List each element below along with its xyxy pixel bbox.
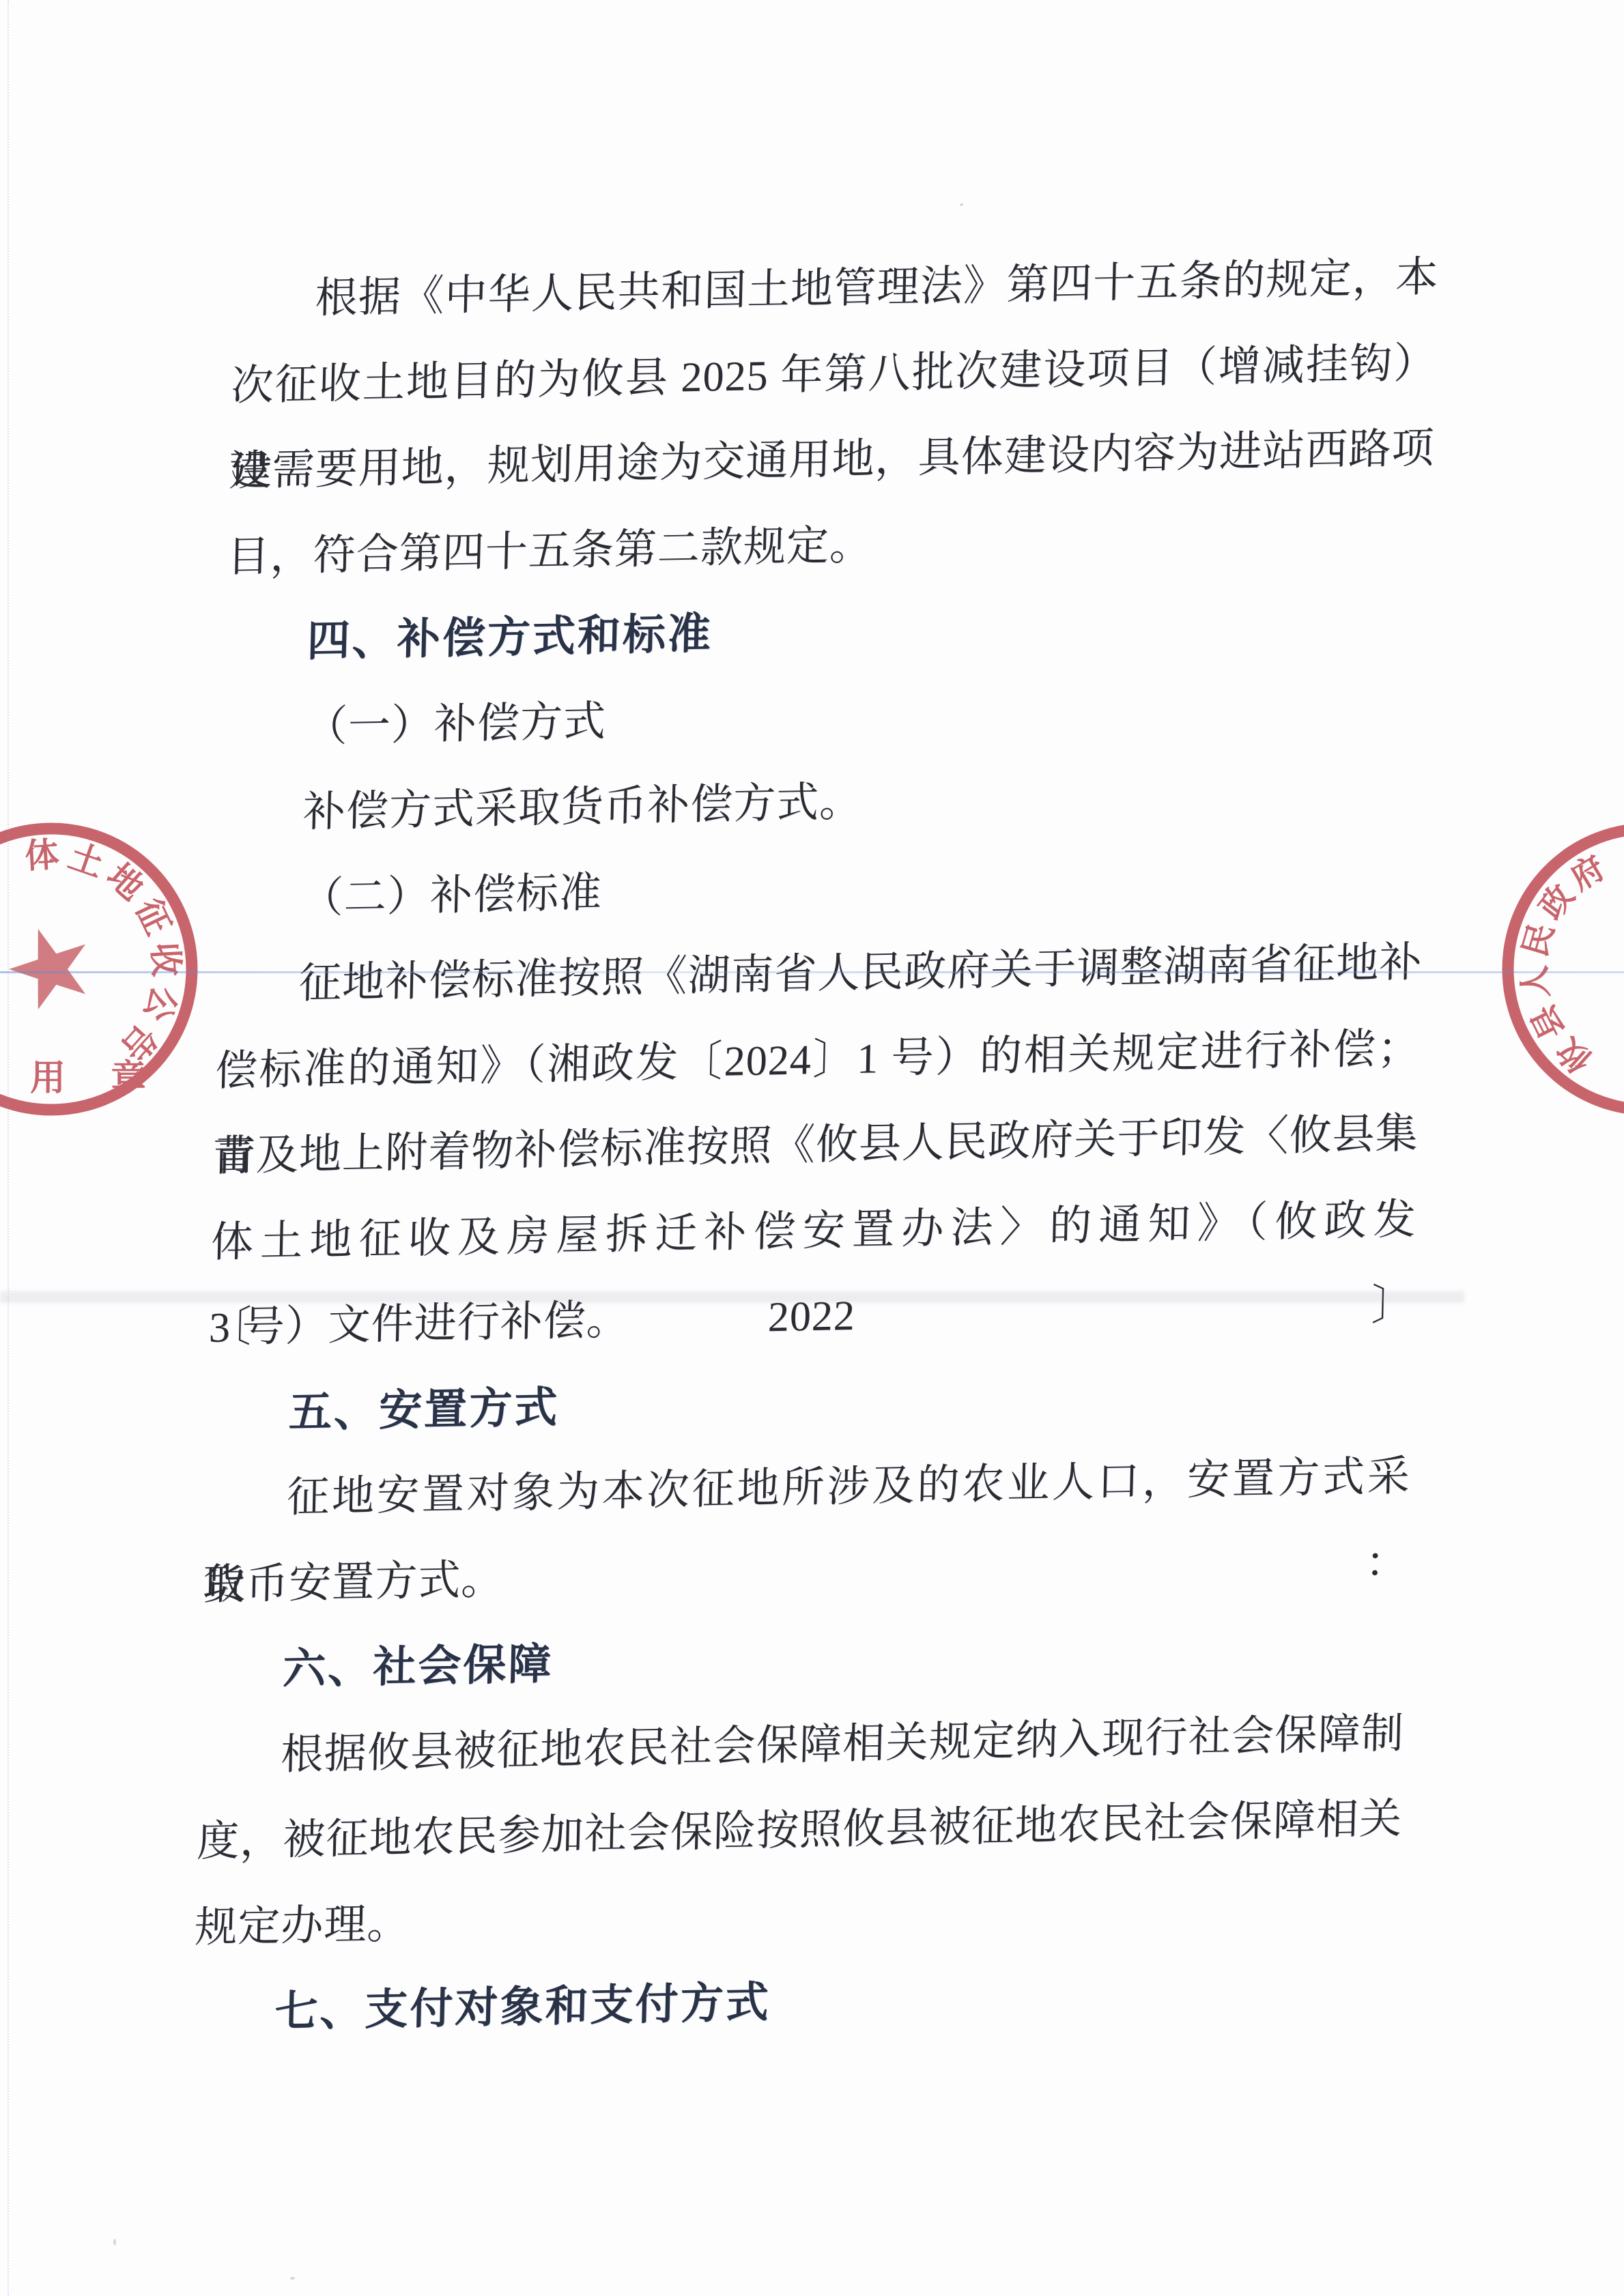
document-text-block: 根据《中华人民共和国土地管理法》第四十五条的规定，本次征收土地目的为攸县 202… [192, 235, 1440, 2056]
seal-star-icon [9, 929, 85, 1009]
scan-artifact-speck [113, 2239, 116, 2245]
scan-artifact-horizontal-line [0, 971, 1624, 973]
scanned-document-page: 根据《中华人民共和国土地管理法》第四十五条的规定，本次征收土地目的为攸县 202… [0, 0, 1624, 2296]
seal-bottom-text: 用 章 [30, 1059, 164, 1098]
scan-artifact-speck [960, 203, 963, 206]
scan-artifact-speck [290, 2277, 295, 2280]
scan-artifact-smudge-band [0, 1291, 1464, 1303]
scan-artifact-left-fold-line [8, 0, 9, 2296]
